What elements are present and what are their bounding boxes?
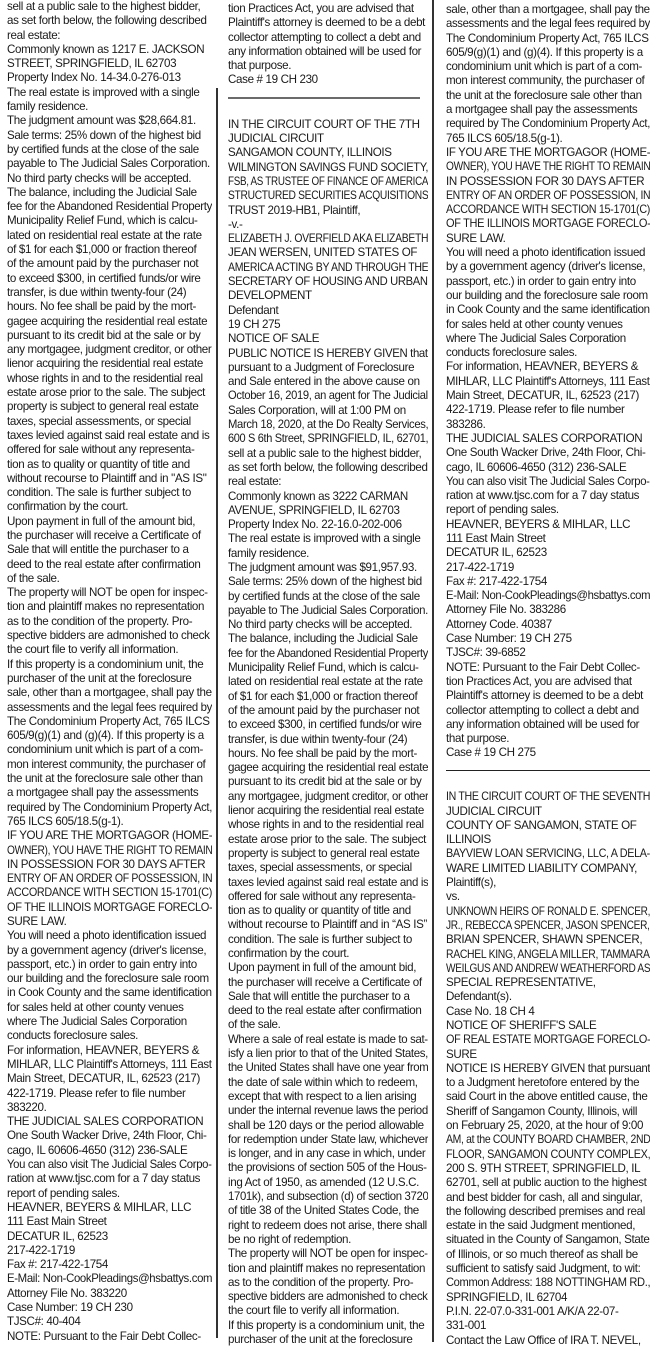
text-line: Property Index No. 22-16.0-202-006 — [228, 518, 428, 532]
text-line: the court file to verify all information… — [7, 643, 212, 657]
text-line: IN THE CIRCUIT COURT OF THE SEVENTH — [446, 790, 633, 804]
column-divider-left — [216, 88, 218, 1338]
text-line: WEILGUS AND ANDREW WEATHERFORD AS — [446, 962, 624, 976]
text-line: tion Practices Act, you are advised that — [228, 2, 428, 16]
text-line: AM, at the COUNTY BOARD CHAMBER, 2ND — [446, 1133, 629, 1147]
text-line: COUNTY OF SANGAMON, STATE OF — [446, 819, 650, 833]
text-line: condominium unit which is part of a com- — [446, 60, 650, 74]
text-line: a mortgagee shall pay the assessments — [7, 786, 212, 800]
text-line: condition. The sale is further subject t… — [7, 486, 212, 500]
text-line: Main Street, DECATUR, IL, 62523 (217) — [7, 1072, 212, 1086]
text-line: estate in the said Judgment mentioned, — [446, 1219, 650, 1233]
text-line: deed to the real estate after confirmati… — [7, 558, 212, 572]
text-line: as to the condition of the property. Pro… — [7, 615, 212, 629]
text-line: sell at a public sale to the highest bid… — [228, 447, 428, 461]
text-line: IN THE CIRCUIT COURT OF THE 7TH — [228, 118, 428, 132]
text-line: Municipality Relief Fund, which is calcu… — [7, 214, 212, 228]
text-line: of $1 for each $1,000 or fraction thereo… — [228, 690, 428, 704]
text-line: Attorney File No. 383220 — [7, 1287, 212, 1301]
text-line: condition. The sale is further subject t… — [228, 933, 428, 947]
text-line: where The Judicial Sales Corporation — [446, 332, 650, 346]
text-line: Plaintiff's attorney is deemed to be a d… — [446, 689, 650, 703]
text-line: for redemption under State law, whicheve… — [228, 1133, 426, 1147]
text-line: Plaintiff(s), — [446, 876, 650, 890]
text-line: 383286. — [446, 418, 650, 432]
text-line: JUDICIAL CIRCUIT — [446, 805, 650, 819]
text-line: BRIAN SPENCER, SHAWN SPENCER, — [446, 933, 650, 947]
text-line: collector attempting to collect a debt a… — [446, 704, 650, 718]
text-line: without recourse to Plaintiff and in "AS… — [7, 472, 212, 486]
text-line: You can also visit The Judicial Sales Co… — [7, 1158, 207, 1172]
text-line: of the amount paid by the purchaser not — [7, 257, 212, 271]
text-line: tion as to quality or quantity of title … — [228, 904, 428, 918]
notice-18-ch-4: IN THE CIRCUIT COURT OF THE SEVENTHJUDIC… — [446, 790, 650, 1348]
text-line: ration at www.tjsc.com for a 7 day statu… — [7, 1172, 212, 1186]
text-line: AMERICA ACTING BY AND THROUGH THE — [228, 261, 410, 275]
text-line: 217-422-1719 — [446, 561, 650, 575]
text-line: for sales held at other county venues — [446, 318, 650, 332]
text-line: THE JUDICIAL SALES CORPORATION — [446, 432, 650, 446]
text-line: TJSC#: 40-404 — [7, 1315, 212, 1329]
text-line: Sheriff of Sangamon County, Illinois, wi… — [446, 1105, 650, 1119]
text-line: Property Index No. 14-34.0-276-013 — [7, 71, 212, 85]
text-line: real estate: — [7, 29, 212, 43]
text-line: 217-422-1719 — [7, 1244, 212, 1258]
text-line: 111 East Main Street — [7, 1215, 212, 1229]
text-line: purchaser of the unit at the foreclosure — [7, 672, 212, 686]
text-line: confirmation by the court. — [228, 947, 428, 961]
text-line: ACCORDANCE WITH SECTION 15-1701(C) — [7, 886, 198, 900]
text-line: 765 ILCS 605/18.5(g-1). — [446, 132, 650, 146]
text-line: The Condominium Property Act, 765 ILCS — [7, 715, 212, 729]
text-line: a mortgagee shall pay the assessments — [446, 103, 650, 117]
text-line: whose rights in and to the residential r… — [7, 372, 212, 386]
text-line: RACHEL KING, ANGELA MILLER, TAMMARA — [446, 948, 629, 962]
text-line: Attorney File No. 383286 — [446, 603, 650, 617]
text-line: lienor acquiring the residential real es… — [228, 804, 428, 818]
text-line: ENTRY OF AN ORDER OF POSSESSION, IN — [7, 872, 193, 886]
text-line: sale, other than a mortgagee, shall pay … — [446, 3, 649, 17]
text-line: sell at a public sale to the highest bid… — [7, 0, 212, 14]
text-line: of the amount paid by the purchaser not — [228, 704, 428, 718]
text-line: of title 38 of the United States Code, t… — [228, 1204, 428, 1218]
text-line: any mortgagee, judgment creditor, or oth… — [228, 790, 424, 804]
text-line: WILMINGTON SAVINGS FUND SOCIETY, — [228, 161, 419, 175]
text-line: 331-001 — [446, 1319, 650, 1333]
text-line: HEAVNER, BEYERS & MIHLAR, LLC — [446, 518, 650, 532]
column-right: sale, other than a mortgagee, shall pay … — [446, 3, 650, 1350]
text-line: Commonly known as 3222 CARMAN — [228, 490, 428, 504]
text-line: SANGAMON COUNTY, ILLINOIS — [228, 146, 428, 160]
text-line: passport, etc.) in order to gain entry i… — [7, 958, 212, 972]
text-line: passport, etc.) in order to gain entry i… — [446, 275, 650, 289]
text-line: spective bidders are admonished to check — [7, 629, 212, 643]
text-line: DECATUR IL, 62523 — [7, 1230, 212, 1244]
text-line: payable to The Judicial Sales Corporatio… — [228, 604, 425, 618]
text-line: real estate: — [228, 475, 428, 489]
text-line: sufficient to satisfy said Judgment, to … — [446, 1262, 650, 1276]
text-line: Sale terms: 25% down of the highest bid — [228, 575, 428, 589]
text-line: report of pending sales. — [7, 1187, 212, 1201]
text-line: to a Judgment heretofore entered by the — [446, 1076, 650, 1090]
text-line: For information, HEAVNER, BEYERS & — [446, 360, 650, 374]
text-line: and Sale entered in the above cause on — [228, 375, 428, 389]
text-line: isfy a lien prior to that of the United … — [228, 1047, 426, 1061]
text-line: transfer, is due within twenty-four (24) — [228, 733, 428, 747]
text-line: THE JUDICIAL SALES CORPORATION — [7, 1115, 212, 1129]
column-left-notice-19-ch-230: sell at a public sale to the highest bid… — [7, 0, 212, 1350]
text-line: Case Number: 19 CH 230 — [7, 1301, 212, 1315]
text-line: gagee acquiring the residential real est… — [7, 315, 212, 329]
text-line: 1701k), and subsection (d) of section 37… — [228, 1190, 424, 1204]
text-line: tion as to quality or quantity of title … — [7, 458, 212, 472]
text-line: NOTE: Pursuant to the Fair Debt Collec- — [446, 661, 650, 675]
text-line: offered for sale without any representa- — [7, 443, 212, 457]
text-line: assessments and the legal fees required … — [446, 17, 645, 31]
text-line: fee for the Abandoned Residential Proper… — [7, 200, 210, 214]
text-line: Municipality Relief Fund, which is calcu… — [228, 661, 428, 675]
text-line: any mortgagee, judgment creditor, or oth… — [7, 343, 212, 357]
text-line: taxes levied against said real estate an… — [228, 876, 426, 890]
text-line: pursuant to its credit bid at the sale o… — [228, 775, 428, 789]
text-line: Case # 19 CH 275 — [446, 746, 650, 760]
text-line: NOTE: Pursuant to the Fair Debt Collec- — [7, 1330, 212, 1344]
text-line: taxes levied against said real estate an… — [7, 429, 212, 443]
text-line: situated in the County of Sangamon, Stat… — [446, 1233, 650, 1247]
text-line: 422-1719. Please refer to file number — [446, 403, 650, 417]
text-line: If this property is a condominium unit, … — [228, 1319, 428, 1333]
text-line: IN POSSESSION FOR 30 DAYS AFTER — [446, 175, 650, 189]
text-line: OF THE ILLINOIS MORTGAGE FORECLO- — [446, 217, 640, 231]
text-line: Commonly known as 1217 E. JACKSON — [7, 43, 212, 57]
text-line: SURE LAW. — [7, 915, 212, 929]
text-line: Case # 19 CH 230 — [228, 73, 428, 87]
text-line: SPRINGFIELD, IL 62704 — [446, 1291, 650, 1305]
text-line: SPECIAL REPRESENTATIVE, — [446, 976, 650, 990]
text-line: mon interest community, the purchaser of — [446, 74, 650, 88]
text-line: family residence. — [228, 547, 428, 561]
text-line: The Condominium Property Act, 765 ILCS — [446, 32, 650, 46]
text-line: NOTICE OF SHERIFF'S SALE — [446, 1019, 650, 1033]
text-line: Sale that will entitle the purchaser to … — [228, 990, 428, 1004]
text-line: ENTRY OF AN ORDER OF POSSESSION, IN — [446, 189, 630, 203]
text-line: our building and the foreclosure sale ro… — [7, 972, 212, 986]
text-line: The judgment amount was $91,957.93. — [228, 561, 428, 575]
text-line: assessments and the legal fees required … — [7, 701, 208, 715]
text-line: AVENUE, SPRINGFIELD, IL 62703 — [228, 504, 428, 518]
text-line: transfer, is due within twenty-four (24) — [7, 286, 212, 300]
text-line: the unit at the foreclosure sale other t… — [7, 772, 212, 786]
text-line: that purpose. — [446, 732, 650, 746]
text-line: JR., REBECCA SPENCER, JASON SPENCER, — [446, 919, 624, 933]
text-line: SURE — [446, 1048, 650, 1062]
notice-separator-rule — [228, 97, 420, 99]
text-line: STRUCTURED SECURITIES ACQUISITIONS — [228, 189, 405, 203]
text-line: Where a sale of real estate is made to s… — [228, 1033, 425, 1047]
text-line: Fax #: 217-422-1754 — [7, 1258, 212, 1272]
text-line: said Court in the above entitled cause, … — [446, 1090, 650, 1104]
text-line: mon interest community, the purchaser of — [7, 758, 212, 772]
text-line: whose rights in and to the residential r… — [228, 818, 428, 832]
text-line: 765 ILCS 605/18.5(g-1). — [7, 815, 212, 829]
text-line: pursuant to its credit bid at the sale o… — [7, 329, 212, 343]
text-line: our building and the foreclosure sale ro… — [446, 289, 650, 303]
text-line: 605/9(g)(1) and (g)(4). If this property… — [446, 46, 650, 60]
text-line: of Illinois, or so much thereof as shall… — [446, 1248, 650, 1262]
text-line: and best bidder for cash, all and singul… — [446, 1191, 650, 1205]
text-line: FSB, AS TRUSTEE OF FINANCE OF AMERICA — [228, 175, 397, 189]
text-line: The balance, including the Judicial Sale — [7, 186, 212, 200]
text-line: Contact the Law Office of IRA T. NEVEL, — [446, 1334, 650, 1348]
text-line: tion and plaintiff makes no representati… — [228, 1262, 428, 1276]
text-line: NOTICE OF SALE — [228, 332, 428, 346]
text-line: the unit at the foreclosure sale other t… — [446, 89, 650, 103]
text-line: as to the condition of the property. Pro… — [228, 1276, 428, 1290]
text-line: spective bidders are admonished to check — [228, 1290, 425, 1304]
text-line: 62701, sell at public auction to the hig… — [446, 1176, 650, 1190]
text-line: Common Address: 188 NOTTINGHAM RD., — [446, 1276, 641, 1290]
text-line: hours. No fee shall be paid by the mort- — [7, 300, 212, 314]
text-line: by a government agency (driver's license… — [446, 260, 650, 274]
text-line: JEAN WERSEN, UNITED STATES OF — [228, 246, 428, 260]
text-line: is longer, and in any case in which, und… — [228, 1147, 428, 1161]
text-line: of the sale. — [228, 1018, 428, 1032]
text-line: estate arose prior to the sale. The subj… — [7, 386, 212, 400]
text-line: JUDICIAL CIRCUIT — [228, 132, 428, 146]
text-line: offered for sale without any representa- — [228, 890, 428, 904]
text-line: Main Street, DECATUR, IL, 62523 (217) — [446, 389, 650, 403]
text-line: STREET, SPRINGFIELD, IL 62703 — [7, 57, 212, 71]
text-line: vs. — [446, 890, 650, 904]
text-line: cago, IL 60606-4650 (312) 236-SALE — [446, 461, 650, 475]
text-line: tion Practices Act, you are advised that — [446, 675, 650, 689]
text-line: Case No. 18 CH 4 — [446, 1005, 650, 1019]
text-line: IF YOU ARE THE MORTGAGOR (HOME- — [7, 829, 211, 843]
notice-19-ch-230-end: tion Practices Act, you are advised that… — [228, 2, 428, 88]
column-middle: tion Practices Act, you are advised that… — [228, 2, 428, 1350]
text-line: required by The Condominium Property Act… — [446, 117, 643, 131]
text-line: fee for the Abandoned Residential Proper… — [228, 647, 421, 661]
text-line: E-Mail: Non-CookPleadings@hsbattys.com — [7, 1272, 208, 1286]
text-line: hours. No fee shall be paid by the mort- — [228, 747, 428, 761]
text-line: The property will NOT be open for inspec… — [228, 1247, 427, 1261]
text-line: Defendant — [228, 304, 428, 318]
text-line: If this property is a condominium unit, … — [7, 658, 212, 672]
text-line: the following described premises and rea… — [446, 1205, 650, 1219]
text-line: October 16, 2019, an agent for The Judic… — [228, 389, 420, 403]
text-line: the United States shall have one year fr… — [228, 1061, 424, 1075]
text-line: 111 East Main Street — [446, 532, 650, 546]
text-line: as set forth below, the following descri… — [7, 14, 212, 28]
text-line: any information obtained will be used fo… — [446, 718, 650, 732]
text-line: PUBLIC NOTICE IS HEREBY GIVEN that — [228, 347, 424, 361]
text-line: any information obtained will be used fo… — [228, 45, 428, 59]
text-line: You will need a photo identification iss… — [446, 246, 650, 260]
text-line: Defendant(s). — [446, 990, 650, 1004]
text-line: confirmation by the court. — [7, 500, 212, 514]
text-line: lated on residential real estate at the … — [7, 229, 212, 243]
text-line: -v.- — [228, 218, 428, 232]
text-line: OF THE ILLINOIS MORTGAGE FORECLO- — [7, 901, 202, 915]
notice-19-ch-275: IN THE CIRCUIT COURT OF THE 7THJUDICIAL … — [228, 118, 428, 1348]
text-line: without recourse to Plaintiff and in “AS… — [228, 918, 428, 932]
notice-19-ch-275-end: sale, other than a mortgagee, shall pay … — [446, 3, 650, 761]
text-line: OWNER), YOU HAVE THE RIGHT TO REMAIN — [446, 160, 625, 174]
text-line: One South Wacker Drive, 24th Floor, Chi- — [446, 446, 650, 460]
text-line: the provisions of section 505 of the Hou… — [228, 1161, 428, 1175]
text-line: HEAVNER, BEYERS & MIHLAR, LLC — [7, 1201, 212, 1215]
text-line: MIHLAR, LLC Plaintiff's Attorneys, 111 E… — [446, 375, 646, 389]
text-line: in Cook County and the same identificati… — [446, 303, 648, 317]
text-line: to exceed $300, in certified funds/or wi… — [7, 272, 212, 286]
text-line: Upon payment in full of the amount bid, — [7, 515, 212, 529]
text-line: pursuant to a Judgment of Foreclosure — [228, 361, 428, 375]
text-line: 383220. — [7, 1101, 212, 1115]
text-line: Upon payment in full of the amount bid, — [228, 961, 428, 975]
text-line: P.I.N. 22-07.0-331-001 A/K/A 22-07- — [446, 1305, 650, 1319]
text-line: as set forth below, the following descri… — [228, 461, 428, 475]
text-line: No third party checks will be accepted. — [228, 618, 428, 632]
text-line: property is subject to general real esta… — [7, 400, 212, 414]
text-line: 19 CH 275 — [228, 318, 428, 332]
text-line: UNKNOWN HEIRS OF RONALD E. SPENCER, — [446, 905, 623, 919]
text-line: report of pending sales. — [446, 503, 650, 517]
text-line: ELIZABETH J. OVERFIELD AKA ELIZABETH — [228, 232, 407, 246]
notice-separator-rule — [446, 770, 650, 772]
text-line: of $1 for each $1,000 or fraction thereo… — [7, 243, 212, 257]
text-line: One South Wacker Drive, 24th Floor, Chi- — [7, 1129, 212, 1143]
text-line: You will need a photo identification iss… — [7, 929, 212, 943]
text-line: by certified funds at the close of the s… — [7, 143, 212, 157]
text-line: shall be 120 days or the period allowabl… — [228, 1119, 428, 1133]
text-line: IN POSSESSION FOR 30 DAYS AFTER — [7, 858, 212, 872]
text-line: OF REAL ESTATE MORTGAGE FORECLO- — [446, 1033, 637, 1047]
text-line: NOTICE IS HEREBY GIVEN that pursuant — [446, 1062, 648, 1076]
text-line: collector attempting to collect a debt a… — [228, 31, 428, 45]
text-line: Case Number: 19 CH 275 — [446, 632, 650, 646]
text-line: Attorney Code. 40387 — [446, 618, 650, 632]
text-line: BAYVIEW LOAN SERVICING, LLC, A DELA- — [446, 847, 636, 861]
text-line: SURE LAW. — [446, 232, 650, 246]
text-line: Sales Corporation, will at 1:00 PM on — [228, 404, 428, 418]
text-line: 605/9(g)(1) and (g)(4). If this property… — [7, 729, 212, 743]
text-line: ILLINOIS — [446, 833, 650, 847]
text-line: taxes, special assessments, or special — [228, 861, 428, 875]
text-line: sale, other than a mortgagee, shall pay … — [7, 686, 212, 700]
text-line: ing Act of 1950, as amended (12 U.S.C. — [228, 1176, 428, 1190]
text-line: You can also visit The Judicial Sales Co… — [446, 475, 644, 489]
text-line: be no right of redemption. — [228, 1233, 428, 1247]
text-line: The balance, including the Judicial Sale — [228, 632, 428, 646]
text-line: The real estate is improved with a singl… — [228, 532, 428, 546]
text-line: E-Mail: Non-CookPleadings@hsbattys.com — [446, 589, 645, 603]
text-line: 422-1719. Please refer to file number — [7, 1087, 212, 1101]
text-line: taxes, special assessments, or special — [7, 415, 212, 429]
text-line: DEVELOPMENT — [228, 289, 428, 303]
text-line: conducts foreclosure sales. — [446, 346, 650, 360]
text-line: No third party checks will be accepted. — [7, 172, 212, 186]
text-line: the purchaser will receive a Certificate… — [7, 529, 212, 543]
text-line: March 18, 2020, at the Do Realty Service… — [228, 418, 422, 432]
text-line: on February 25, 2020, at the hour of 9:0… — [446, 1119, 650, 1133]
text-line: ACCORDANCE WITH SECTION 15-1701(C) — [446, 203, 635, 217]
text-line: DECATUR IL, 62523 — [446, 546, 650, 560]
text-line: purchaser of the unit at the foreclosure — [228, 1333, 428, 1347]
text-line: right to redeem does not arise, there sh… — [228, 1219, 428, 1233]
text-line: OWNER), YOU HAVE THE RIGHT TO REMAIN — [7, 844, 187, 858]
text-line: 600 S 6th Street, SPRINGFIELD, IL, 62701… — [228, 432, 418, 446]
text-line: that purpose. — [228, 59, 428, 73]
legal-notices-page: sell at a public sale to the highest bid… — [0, 0, 652, 1350]
text-line: Sale that will entitle the purchaser to … — [7, 543, 212, 557]
text-line: deed to the real estate after confirmati… — [228, 1004, 428, 1018]
text-line: WARE LIMITED LIABILITY COMPANY, — [446, 862, 650, 876]
text-line: under the internal revenue laws the peri… — [228, 1104, 426, 1118]
text-line: conducts foreclosure sales. — [7, 1029, 212, 1043]
text-line: required by The Condominium Property Act… — [7, 801, 206, 815]
text-line: TRUST 2019-HB1, Plaintiff, — [228, 204, 428, 218]
text-line: Fax #: 217-422-1754 — [446, 575, 650, 589]
text-line: lated on residential real estate at the … — [228, 675, 428, 689]
text-line: lienor acquiring the residential real es… — [7, 357, 212, 371]
text-line: SECRETARY OF HOUSING AND URBAN — [228, 275, 421, 289]
text-line: family residence. — [7, 100, 212, 114]
text-line: by certified funds at the close of the s… — [228, 590, 428, 604]
text-line: estate arose prior to the sale. The subj… — [228, 833, 428, 847]
text-line: of the sale. — [7, 572, 212, 586]
text-line: property is subject to general real esta… — [228, 847, 428, 861]
text-line: in Cook County and the same identificati… — [7, 986, 211, 1000]
text-line: The real estate is improved with a singl… — [7, 86, 212, 100]
text-line: IF YOU ARE THE MORTGAGOR (HOME- — [446, 146, 648, 160]
text-line: tion and plaintiff makes no representati… — [7, 600, 212, 614]
text-line: ration at www.tjsc.com for a 7 day statu… — [446, 489, 650, 503]
text-line: The judgment amount was $28,664.81. — [7, 114, 212, 128]
text-line: Plaintiff's attorney is deemed to be a d… — [228, 16, 428, 30]
text-line: except that with respect to a lien arisi… — [228, 1090, 428, 1104]
text-line: the date of sale within which to redeem, — [228, 1076, 428, 1090]
text-line: Sale terms: 25% down of the highest bid — [7, 129, 212, 143]
text-line: gagee acquiring the residential real est… — [228, 761, 428, 775]
text-line: TJSC#: 39-6852 — [446, 646, 650, 660]
text-line: condominium unit which is part of a com- — [7, 743, 212, 757]
text-line: The property will NOT be open for inspec… — [7, 586, 212, 600]
text-line: the court file to verify all information… — [228, 1304, 428, 1318]
text-line: for sales held at other county venues — [7, 1001, 212, 1015]
text-line: by a government agency (driver's license… — [7, 944, 212, 958]
text-line: cago, IL 60606-4650 (312) 236-SALE — [7, 1144, 212, 1158]
text-line: the purchaser will receive a Certificate… — [228, 976, 428, 990]
text-line: payable to The Judicial Sales Corporatio… — [7, 157, 212, 171]
text-line: MIHLAR, LLC Plaintiff's Attorneys, 111 E… — [7, 1058, 209, 1072]
text-line: where The Judicial Sales Corporation — [7, 1015, 212, 1029]
text-line: 200 S. 9TH STREET, SPRINGFIELD, IL — [446, 1162, 650, 1176]
text-line: For information, HEAVNER, BEYERS & — [7, 1044, 212, 1058]
text-line: FLOOR, SANGAMON COUNTY COMPLEX, — [446, 1148, 637, 1162]
column-divider-right — [432, 0, 434, 1342]
text-line: to exceed $300, in certified funds/or wi… — [228, 718, 428, 732]
